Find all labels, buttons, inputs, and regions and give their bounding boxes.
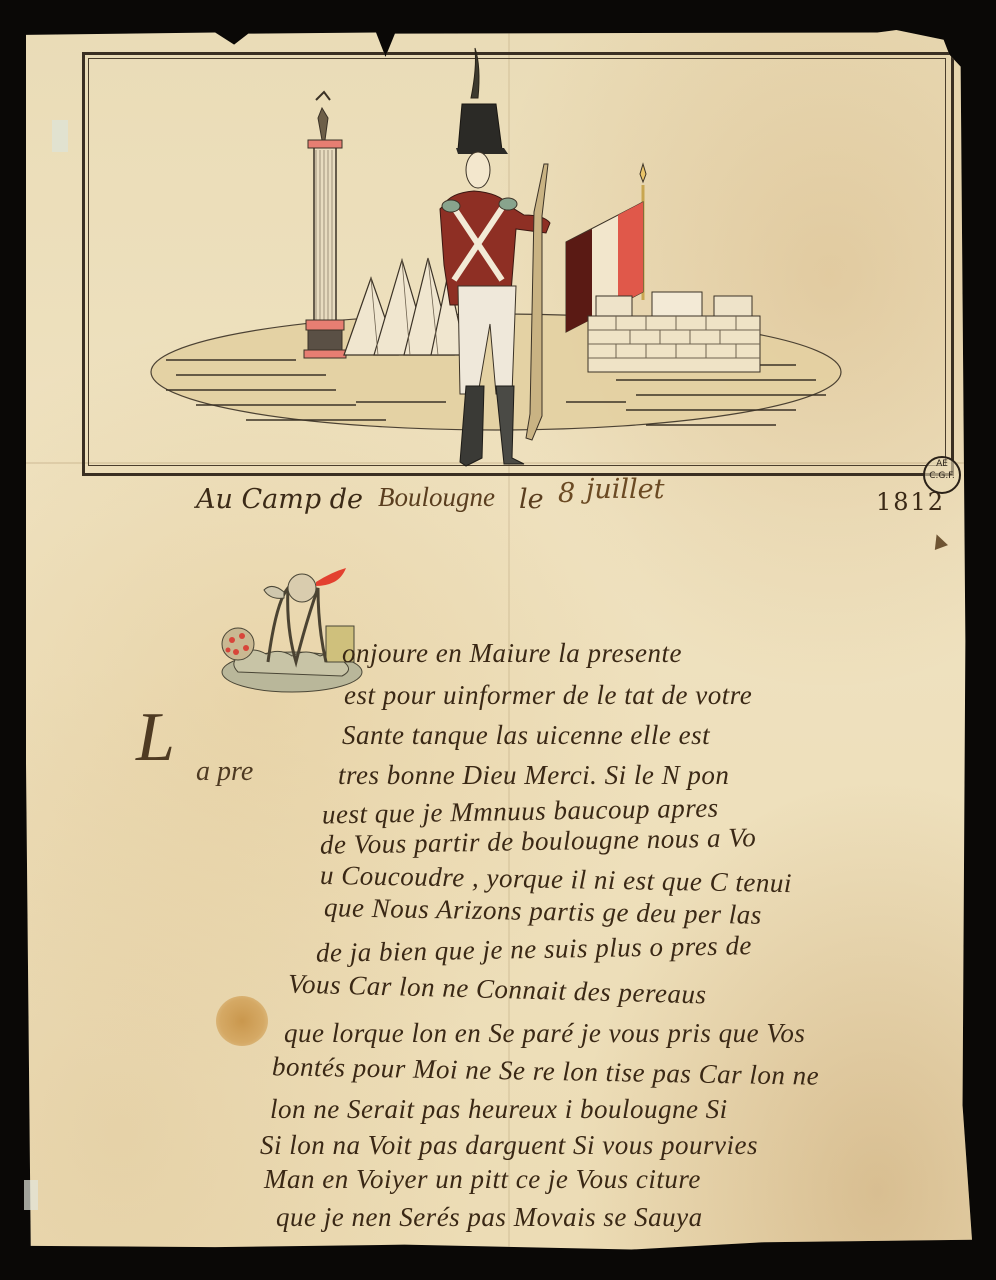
body-line-2: est pour uinformer de le tat de votre: [344, 680, 752, 711]
body-line-8: que Nous Arizons partis ge deu per las: [324, 892, 762, 931]
body-line-14: Si lon na Voit pas darguent Si vous pour…: [260, 1130, 758, 1161]
salutation-capital: L: [136, 699, 175, 776]
archive-stamp-icon: AE C.G.F.: [923, 456, 961, 494]
body-line-16: que je nen Serés pas Movais se Sauya: [276, 1202, 703, 1233]
body-line-9: de ja bien que je ne suis plus o pres de: [316, 930, 752, 969]
body-line-6: de Vous partir de boulougne nous a Vo: [320, 822, 757, 861]
dateline-place: Au Camp de: [196, 484, 363, 515]
dateline-city: Boulougne: [378, 482, 495, 513]
body-line-12: bontés pour Moi ne Se re lon tise pas Ca…: [272, 1051, 820, 1092]
ink-mark-icon: [930, 532, 948, 550]
body-line-11: que lorque lon en Se paré je vous pris q…: [284, 1018, 805, 1049]
dateline-day: 8: [558, 478, 575, 509]
vignette-illustration: [26, 30, 972, 470]
body-line-4: tres bonne Dieu Merci. Si le N pon: [338, 760, 729, 791]
letter-sheet: Au Camp de Boulougne le 8 juillet 1812 A…: [26, 30, 972, 1252]
color-target-tab: [52, 120, 68, 152]
column-monument-icon: [304, 92, 346, 358]
salutation-rest: a pre: [196, 756, 253, 788]
body-line-13: lon ne Serait pas heureux i boulougne Si: [270, 1094, 728, 1125]
water-stain: [216, 996, 268, 1046]
dateline-le: le: [519, 484, 544, 515]
flag-pedestal-icon: [566, 164, 760, 372]
body-line-10: Vous Car lon ne Connait des pereaus: [288, 969, 707, 1011]
dateline: Au Camp de Boulougne le 8 juillet 1812: [196, 478, 956, 526]
body-line-3: Sante tanque las uicenne elle est: [342, 720, 710, 751]
body-line-1: onjoure en Maiure la presente: [342, 638, 682, 669]
body-line-15: Man en Voiyer un pitt ce je Vous citure: [264, 1164, 701, 1195]
dateline-month: juillet: [586, 474, 665, 505]
salutation: L a pre: [136, 698, 175, 778]
color-target-tab: [24, 1180, 38, 1210]
